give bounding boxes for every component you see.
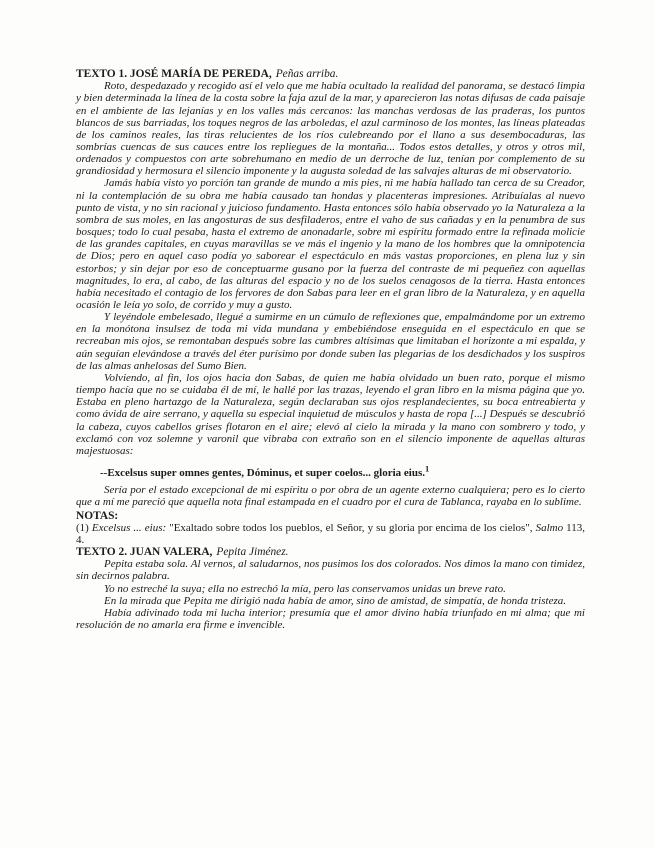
texto2-heading-author: TEXTO 2. JUAN VALERA, xyxy=(76,546,212,558)
latin-quote-line: --Excelsus super omnes gentes, Dóminus, … xyxy=(76,467,585,479)
texto2-heading: TEXTO 2. JUAN VALERA,Pepita Jiménez. xyxy=(76,546,585,558)
texto1-heading: TEXTO 1. JOSÉ MARÍA DE PEREDA,Peñas arri… xyxy=(76,68,585,80)
footnote-1-latin: Excelsus ... eius: xyxy=(92,522,166,534)
texto1-heading-author: TEXTO 1. JOSÉ MARÍA DE PEREDA, xyxy=(76,68,272,80)
texto1-paragraph-1: Roto, despedazado y recogido así el velo… xyxy=(76,80,585,177)
footnote-1-translation: "Exaltado sobre todos los pueblos, el Se… xyxy=(166,522,535,534)
document-page: TEXTO 1. JOSÉ MARÍA DE PEREDA,Peñas arri… xyxy=(0,0,655,848)
notas-heading: NOTAS: xyxy=(76,510,585,522)
footnote-1: (1) Excelsus ... eius: "Exaltado sobre t… xyxy=(76,522,585,546)
latin-quote-text: --Excelsus super omnes gentes, Dóminus, … xyxy=(100,467,425,479)
texto1-heading-work-title: Peñas arriba. xyxy=(276,68,339,80)
texto2-heading-work-title: Pepita Jiménez. xyxy=(216,546,288,558)
texto1-paragraph-4: Volviendo, al fin, los ojos hacia don Sa… xyxy=(76,372,585,457)
texto1-closing-paragraph: Sería por el estado excepcional de mi es… xyxy=(76,484,585,508)
texto2-paragraph-3: En la mirada que Pepita me dirigió nada … xyxy=(76,595,585,607)
texto1-paragraph-2: Jamás había visto yo porción tan grande … xyxy=(76,177,585,311)
footnote-1-number: (1) xyxy=(76,522,92,534)
texto1-paragraph-3: Y leyéndole embelesado, llegué a sumirme… xyxy=(76,311,585,372)
texto2-paragraph-1: Pepita estaba sola. Al vernos, al saluda… xyxy=(76,558,585,582)
footnote-marker: 1 xyxy=(425,463,429,473)
texto2-paragraph-4: Había adivinado toda mi lucha interior; … xyxy=(76,607,585,631)
texto2-paragraph-2: Yo no estreché la suya; ella no estrechó… xyxy=(76,583,585,595)
footnote-1-source: Salmo xyxy=(536,522,564,534)
